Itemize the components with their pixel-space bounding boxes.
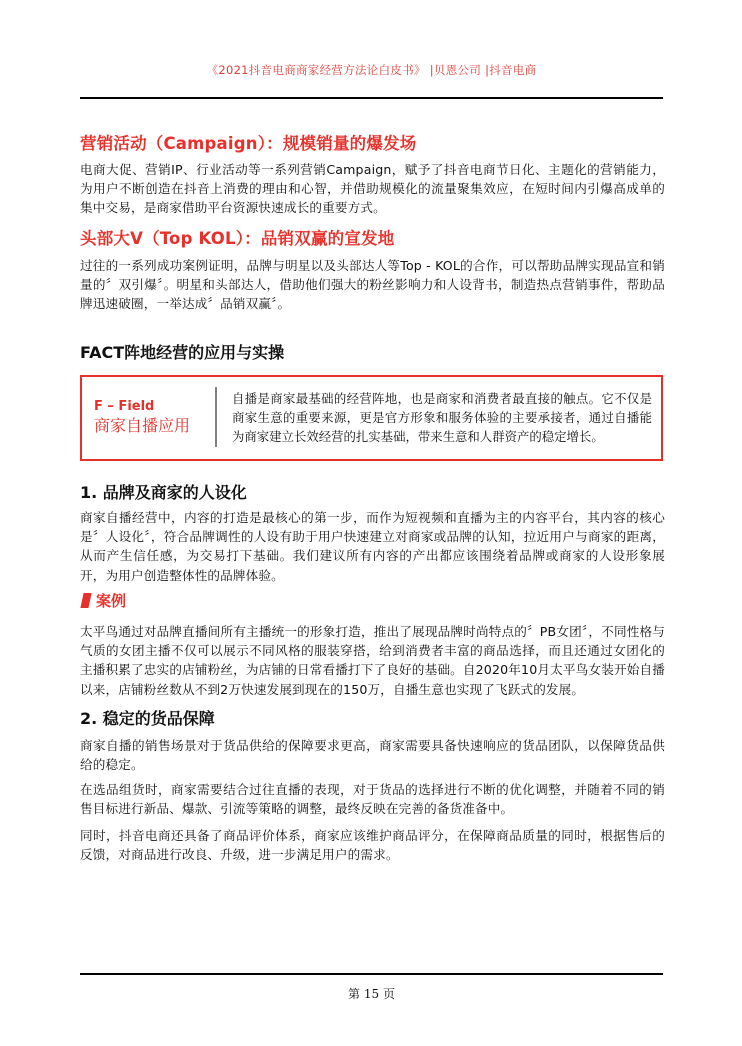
top-kol-paragraph: 过往的一系列成功案例证明，品牌与明星以及头部达人等Top - KOL的合作，可以… [80, 256, 665, 314]
case-marker-icon [80, 593, 91, 608]
header-rule [80, 97, 663, 99]
case-paragraph: 太平鸟通过对品牌直播间所有主播统一的形象打造，推出了展现品牌时尚特点的〞PB女团… [80, 622, 665, 699]
campaign-paragraph: 电商大促、营销IP、行业活动等一系列营销Campaign，赋予了抖音电商节日化、… [80, 160, 665, 218]
fact-code: F – Field [94, 399, 214, 415]
callout-divider [215, 387, 217, 447]
document-page: 《2021抖音电商商家经营方法论白皮书》 |贝恩公司 |抖音电商 营销活动（Ca… [0, 0, 742, 1046]
supply-paragraph-3: 同时，抖音电商还具备了商品评价体系，商家应该维护商品评分，在保障商品质量的同时，… [80, 826, 665, 864]
running-header: 《2021抖音电商商家经营方法论白皮书》 |贝恩公司 |抖音电商 [80, 62, 663, 78]
supply-paragraph-2: 在选品组货时，商家需要结合过往直播的表现，对于货品的选择进行不断的优化调整，并随… [80, 780, 665, 818]
supply-paragraph-1: 商家自播的销售场景对于货品供给的保障要求更高，商家需要具备快速响应的货品团队，以… [80, 736, 665, 774]
page-number: 第 15 页 [80, 985, 663, 1002]
fact-field-callout: F – Field 商家自播应用 自播是商家最基础的经营阵地，也是商家和消费者最… [80, 375, 663, 461]
fact-title: 商家自播应用 [94, 415, 214, 437]
case-label: 案例 [96, 590, 126, 611]
top-kol-heading: 头部大V（Top KOL）：品销双赢的宣发地 [80, 225, 394, 249]
campaign-heading: 营销活动（Campaign）：规模销量的爆发场 [80, 130, 416, 154]
supply-heading: 2. 稳定的货品保障 [80, 706, 215, 729]
fact-description: 自播是商家最基础的经营阵地，也是商家和消费者最直接的触点。它不仅是商家生意的重要… [232, 389, 652, 446]
case-heading: 案例 [80, 590, 126, 611]
fact-heading: FACT阵地经营的应用与实操 [80, 340, 284, 363]
fact-callout-label: F – Field 商家自播应用 [94, 399, 214, 437]
persona-heading: 1. 品牌及商家的人设化 [80, 480, 247, 503]
persona-paragraph: 商家自播经营中，内容的打造是最核心的第一步，而作为短视频和直播为主的内容平台，其… [80, 508, 665, 585]
footer-rule [80, 973, 663, 975]
